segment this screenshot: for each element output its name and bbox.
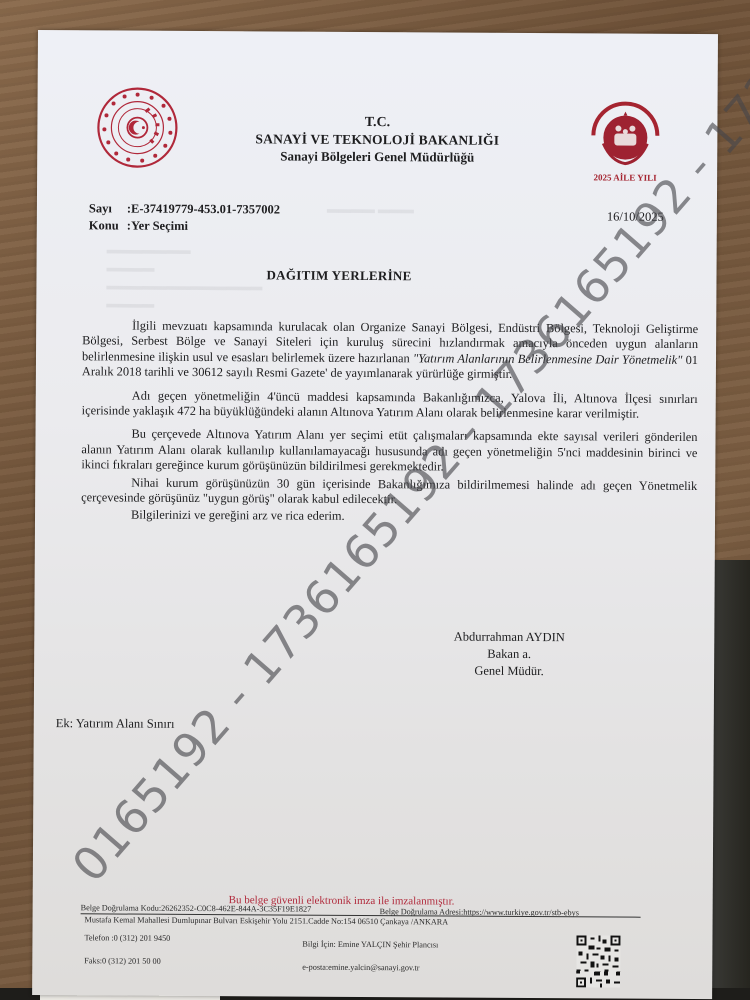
show-through-text: ▬▬▬▬▬▬▬▬▬▬▬▬▬▬▬▬▬▬▬▬▬▬▬▬▬▬▬▬ (106, 240, 262, 313)
contact-email[interactable]: e-posta:emine.yalcin@sanayi.gov.tr (302, 963, 419, 973)
reference-number-row: Sayı:E-37419779-453.01-7357002 (89, 200, 280, 218)
letter-meta: Sayı:E-37419779-453.01-7357002 Konu:Yer … (89, 200, 280, 235)
paragraph-4: Nihai kurum görüşünüzün 30 gün içerisind… (81, 475, 697, 510)
fax: Faks:0 (312) 201 50 00 (84, 956, 160, 965)
letter-page: ▬▬▬▬ ▬▬▬ ▬▬▬▬▬▬▬▬▬▬▬▬▬▬▬▬▬▬▬▬▬▬▬▬▬▬▬▬ 20… (32, 30, 718, 999)
letter-date: 16/10/2025 (607, 209, 664, 224)
regulation-title: "Yatırım Alanlarının Belirlenmesine Dair… (413, 351, 682, 367)
subject-value: :Yer Seçimi (127, 219, 188, 233)
header-tc: T.C. (197, 113, 557, 132)
reference-value: :E-37419779-453.01-7357002 (127, 202, 280, 217)
header-department: Sanayi Bölgeleri Genel Müdürlüğü (197, 147, 557, 166)
show-through-text: ▬▬▬▬ ▬▬▬ (327, 202, 414, 218)
header-ministry: SANAYİ VE TEKNOLOJİ BAKANLIĞI (197, 130, 557, 149)
paragraph-2: Adı geçen yönetmeliğin 4'üncü maddesi ka… (82, 388, 698, 423)
ministry-emblem-icon (95, 85, 180, 170)
reference-label: Sayı (89, 200, 127, 217)
family-year-logo-icon: 2025 AİLE YILI (585, 95, 666, 185)
address: Mustafa Kemal Mahallesi Dumlupınar Bulva… (85, 915, 449, 926)
recipient-heading: DAĞITIM YERLERİNE (266, 267, 411, 284)
signatory-title-1: Bakan a. (434, 645, 584, 663)
phone: Telefon :0 (312) 201 9450 (84, 933, 170, 943)
signature-block: Abdurrahman AYDIN Bakan a. Genel Müdür. (434, 628, 584, 680)
contact-person: Bilgi İçin: Emine YALÇIN Şehir Plancısı (302, 940, 438, 950)
paragraph-5: Bilgilerinizi ve gereğini arz ve rica ed… (81, 508, 697, 527)
qr-code-icon[interactable] (576, 935, 620, 987)
paragraph-3: Bu çerçevede Altınova Yatırım Alanı yer … (81, 427, 697, 477)
signatory-title-2: Genel Müdür. (434, 662, 584, 680)
signatory-name: Abdurrahman AYDIN (434, 628, 584, 646)
subject-row: Konu:Yer Seçimi (89, 217, 280, 235)
subject-label: Konu (89, 217, 127, 234)
paragraph-1: İlgili mevzuatı kapsamında kurulacak ola… (82, 318, 698, 383)
verification-code: Belge Doğrulama Kodu:26262352-C0C8-462E-… (81, 903, 312, 913)
svg-text:2025 AİLE YILI: 2025 AİLE YILI (593, 172, 657, 182)
attachment-note: Ek: Yatırım Alanı Sınırı (56, 716, 175, 732)
letterhead: T.C. SANAYİ VE TEKNOLOJİ BAKANLIĞI Sanay… (197, 113, 557, 166)
letter-body: İlgili mevzuatı kapsamında kurulacak ola… (81, 318, 698, 535)
background-dark-object (710, 560, 750, 1000)
